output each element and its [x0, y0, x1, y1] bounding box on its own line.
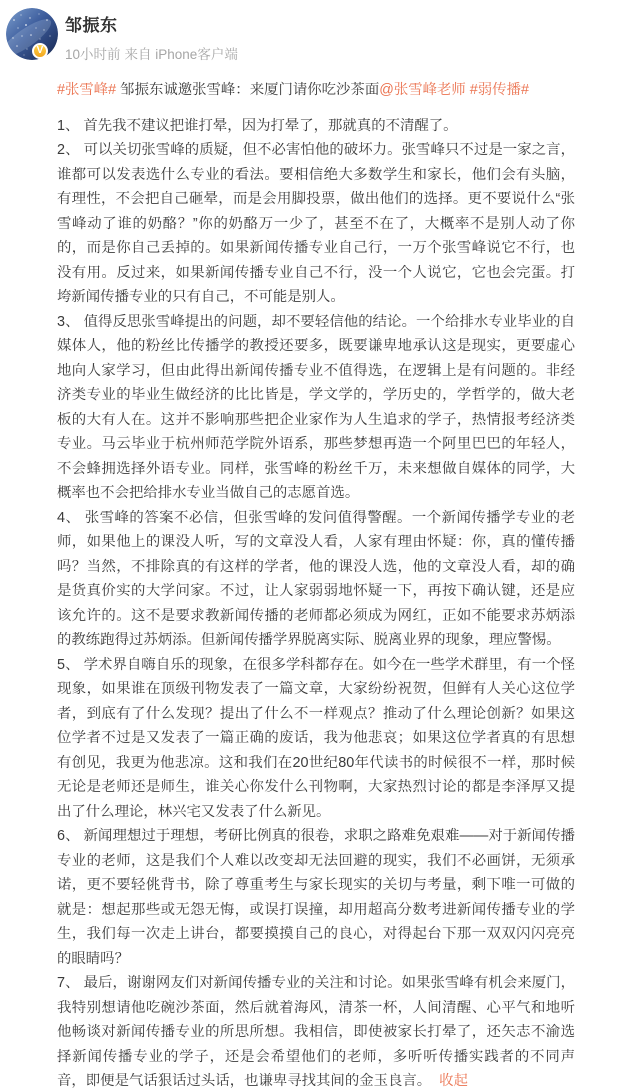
post-meta: 10小时前来自 iPhone客户端 [65, 43, 242, 63]
post-text: 1、 首先我不建议把谁打晕，因为打晕了，那就真的不清醒了。 2、 可以关切张雪峰… [57, 114, 575, 1089]
post-source: 来自 iPhone客户端 [125, 47, 238, 62]
hashtag-zhangxuefeng[interactable]: #张雪峰# [57, 82, 116, 98]
paragraph-7-text: 7、 最后，谢谢网友们对新闻传播专业的关注和讨论。如果张雪峰有机会来厦门，我特别… [57, 975, 575, 1089]
post-header: V 邹振东 10小时前来自 iPhone客户端 [0, 0, 620, 63]
mention-zhangxuefeng-laoshi[interactable]: @张雪峰老师 [379, 82, 466, 98]
paragraph-5: 5、 学术界自嗨自乐的现象，在很多学科都存在。如今在一些学术群里，有一个怪现象，… [57, 653, 575, 825]
paragraph-1: 1、 首先我不建议把谁打晕，因为打晕了，那就真的不清醒了。 [57, 114, 575, 139]
paragraph-6: 6、 新闻理想过于理想，考研比例真的很卷，求职之路难免艰难——对于新闻传播专业的… [57, 824, 575, 971]
post-title: #张雪峰# 邹振东诚邀张雪峰：来厦门请你吃沙茶面@张雪峰老师 #弱传播# [57, 78, 575, 103]
post-body: #张雪峰# 邹振东诚邀张雪峰：来厦门请你吃沙茶面@张雪峰老师 #弱传播# 1、 … [0, 63, 620, 1089]
paragraph-7: 7、 最后，谢谢网友们对新闻传播专业的关注和讨论。如果张雪峰有机会来厦门，我特别… [57, 971, 575, 1089]
hashtag-ruochuanbo[interactable]: #弱传播# [466, 82, 529, 98]
weibo-post-page: V 邹振东 10小时前来自 iPhone客户端 #张雪峰# 邹振东诚邀张雪峰：来… [0, 0, 620, 1089]
avatar[interactable]: V [6, 8, 59, 61]
verified-badge-icon: V [32, 43, 48, 59]
username[interactable]: 邹振东 [65, 11, 242, 36]
paragraph-3: 3、 值得反思张雪峰提出的问题，却不要轻信他的结论。一个给排水专业毕业的自媒体人… [57, 310, 575, 506]
post-timestamp: 10小时前 [65, 47, 121, 62]
paragraph-4: 4、 张雪峰的答案不必信，但张雪峰的发问值得警醒。一个新闻传播学专业的老师，如果… [57, 506, 575, 653]
post-title-text: 邹振东诚邀张雪峰：来厦门请你吃沙茶面 [116, 82, 379, 98]
collapse-link[interactable]: 收起 [439, 1073, 468, 1089]
user-info: 邹振东 10小时前来自 iPhone客户端 [65, 8, 242, 63]
paragraph-2: 2、 可以关切张雪峰的质疑，但不必害怕他的破坏力。张雪峰只不过是一家之言，谁都可… [57, 138, 575, 310]
